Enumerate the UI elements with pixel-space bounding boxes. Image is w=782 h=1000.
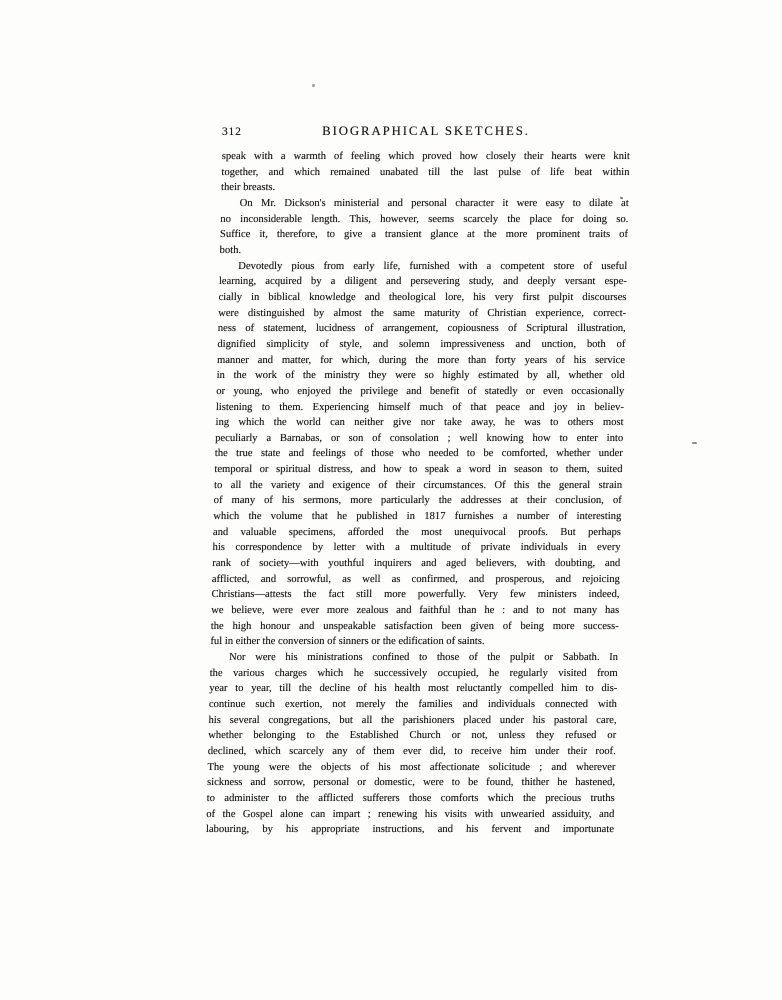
scan-speck [410,719,413,721]
text-line: the various charges which he successivel… [209,666,617,682]
scan-speck [312,84,315,87]
text-line: and valuable specimens, afforded the mos… [213,525,621,541]
text-line: manner and matter, for which, during the… [217,353,625,369]
text-line: we believe, were ever more zealous and f… [211,603,619,619]
text-line: ing which the world can neither give nor… [215,415,623,431]
text-line: whether belonging to the Established Chu… [208,728,616,744]
page-body: speak with a warmth of feeling which pro… [206,149,630,838]
text-line: declined, which scarcely any of them eve… [208,744,616,760]
text-line: The young were the objects of his most a… [207,760,615,776]
text-line: temporal or spiritual distress, and how … [214,462,622,478]
text-line: of the Gospel alone can impart ; renewin… [206,807,614,823]
text-line: Devotedly pious from early life, furnish… [219,259,627,275]
book-page: 312 BIOGRAPHICAL SKETCHES. speak with a … [0,0,782,1000]
text-line: no inconsiderable length. This, however,… [220,212,628,228]
text-line: rank of society—with youthful inquirers … [212,556,620,572]
scan-speck [692,442,697,444]
text-line: ness of statement, lucidness of arrangem… [218,321,626,337]
text-line: sickness and sorrow, personal or domesti… [207,775,615,791]
text-line: On Mr. Dickson's ministerial and persona… [221,196,629,212]
text-line: Nor were his ministrations confined to t… [210,650,618,666]
page-header: 312 BIOGRAPHICAL SKETCHES. [222,124,630,142]
text-line: to administer to the afflicted sufferers… [207,791,615,807]
text-line: Christians—attests the fact still more p… [211,587,619,603]
running-title: BIOGRAPHICAL SKETCHES. [222,124,630,139]
text-line: peculiarly a Barnabas, or son of consola… [215,431,623,447]
text-line: dignified simplicity of style, and solem… [217,337,625,353]
text-line: the high honour and unspeakable satisfac… [211,619,619,635]
text-line: learning, acquired by a diligent and per… [219,274,627,290]
text-line: continue such exertion, not merely the f… [209,697,617,713]
text-line: in the work of the ministry they were so… [216,368,624,384]
text-line: afflicted, and sorrowful, as well as con… [212,572,620,588]
text-line: together, and which remained unabated ti… [221,165,629,181]
text-line: of many of his sermons, more particularl… [214,493,622,509]
text-line: speak with a warmth of feeling which pro… [222,149,630,165]
text-line: to all the variety and exigence of their… [214,478,622,494]
text-line: year to year, till the decline of his he… [209,681,617,697]
text-line: cially in biblical knowledge and theolog… [218,290,626,306]
text-line: their breasts. [221,180,629,196]
text-line: his correspondence by letter with a mult… [212,540,620,556]
text-line: both. [219,243,627,259]
text-line: the true state and feelings of those who… [215,446,623,462]
text-line: Suffice it, therefore, to give a transie… [220,227,628,243]
page-number: 312 [222,126,242,138]
text-line: or young, who enjoyed the privilege and … [216,384,624,400]
text-line: which the volume that he published in 18… [213,509,621,525]
text-line: labouring, by his appropriate instructio… [206,822,614,838]
text-line: were distinguished by almost the same ma… [218,306,626,322]
text-line: ful in either the conversion of sinners … [210,634,618,650]
text-line: listening to them. Experiencing himself … [216,400,624,416]
